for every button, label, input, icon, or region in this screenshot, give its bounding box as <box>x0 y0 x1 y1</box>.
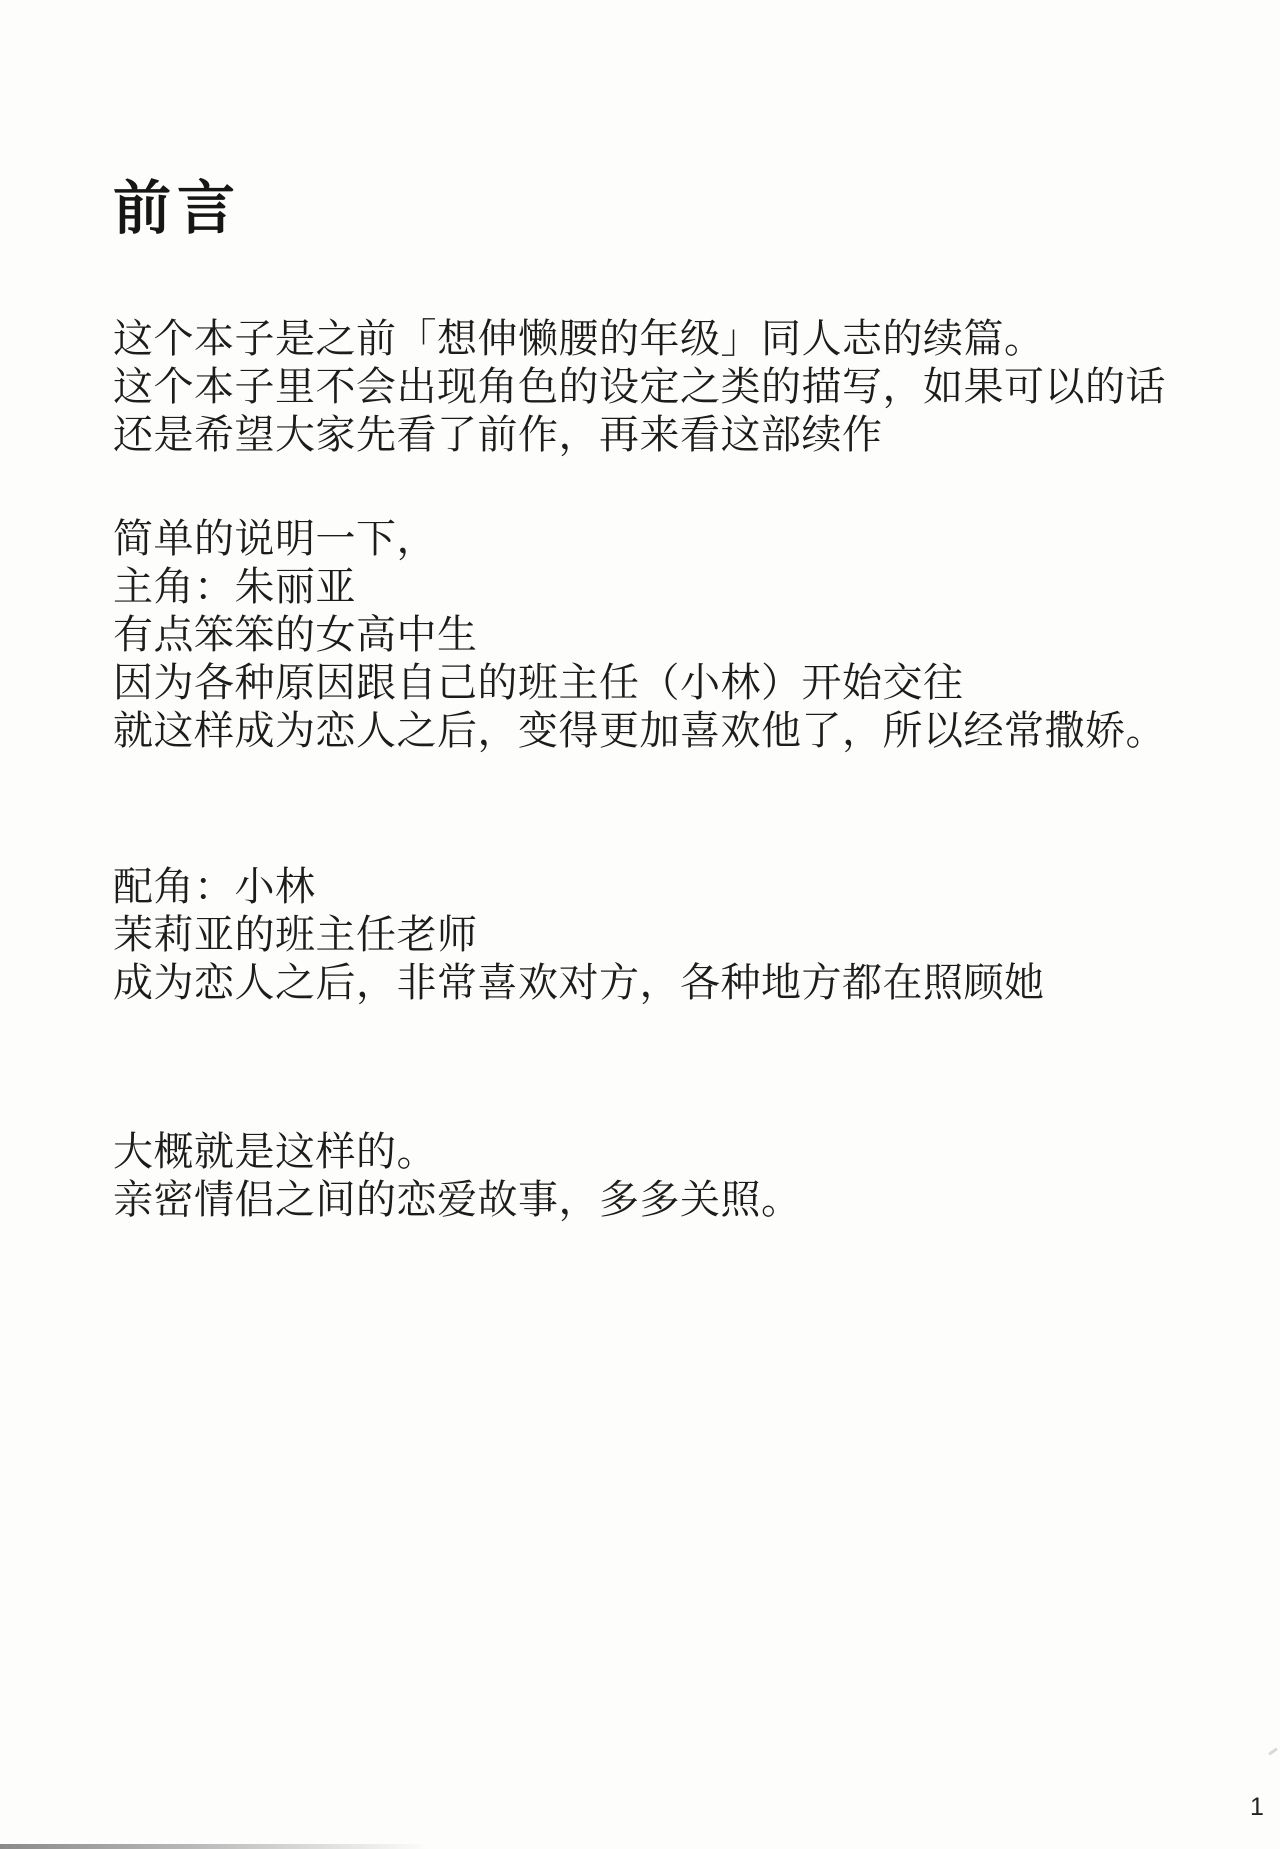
page-number: 1 <box>1250 1793 1264 1822</box>
supporting-character-paragraph: 配角：小林 茉莉亚的班主任老师 成为恋人之后，非常喜欢对方，各种地方都在照顾她 <box>113 863 1240 1007</box>
scanned-document-page: 前言 这个本子是之前「想伸懒腰的年级」同人志的续篇。 这个本子里不会出现角色的设… <box>0 0 1280 1849</box>
text-line: 茉莉亚的班主任老师 <box>113 911 1240 959</box>
text-line: 成为恋人之后，非常喜欢对方，各种地方都在照顾她 <box>113 959 1240 1007</box>
text-line: 有点笨笨的女高中生 <box>113 611 1240 659</box>
text-line: 亲密情侣之间的恋爱故事，多多关照。 <box>113 1176 1240 1224</box>
scan-edge-artifact <box>0 1844 430 1849</box>
text-line: 大概就是这样的。 <box>113 1128 1240 1176</box>
page-title: 前言 <box>113 176 241 243</box>
text-line: 这个本子里不会出现角色的设定之类的描写，如果可以的话 <box>113 363 1240 411</box>
scan-smudge-artifact <box>1268 1747 1278 1755</box>
text-line: 还是希望大家先看了前作，再来看这部续作 <box>113 411 1240 459</box>
text-line: 主角：朱丽亚 <box>113 563 1240 611</box>
closing-paragraph: 大概就是这样的。 亲密情侣之间的恋爱故事，多多关照。 <box>113 1128 1240 1224</box>
main-character-paragraph: 简单的说明一下， 主角：朱丽亚 有点笨笨的女高中生 因为各种原因跟自己的班主任（… <box>113 515 1240 755</box>
text-line: 因为各种原因跟自己的班主任（小林）开始交往 <box>113 659 1240 707</box>
intro-paragraph: 这个本子是之前「想伸懒腰的年级」同人志的续篇。 这个本子里不会出现角色的设定之类… <box>113 315 1240 459</box>
text-line: 配角：小林 <box>113 863 1240 911</box>
text-line: 简单的说明一下， <box>113 515 1240 563</box>
text-line: 这个本子是之前「想伸懒腰的年级」同人志的续篇。 <box>113 315 1240 363</box>
text-line: 就这样成为恋人之后，变得更加喜欢他了，所以经常撒娇。 <box>113 707 1240 755</box>
